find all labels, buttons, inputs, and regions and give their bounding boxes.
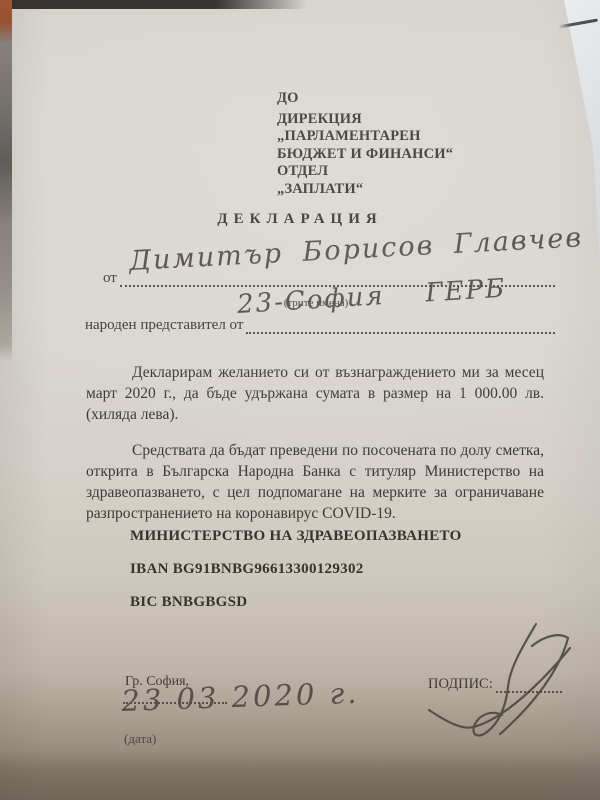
body-text: Декларирам желанието си от възнаграждени…: [86, 362, 544, 524]
photographed-declaration-document: ДО ДИРЕКЦИЯ „ПАРЛАМЕНТАРЕН БЮДЖЕТ И ФИНА…: [0, 0, 600, 800]
bank-iban: IBAN BG91BNBG96613300129302: [130, 561, 462, 578]
date-dotted-line: [123, 700, 227, 704]
bank-bic: BIC BNBGBGSD: [130, 594, 462, 611]
paragraph-declaration: Декларирам желанието си от възнаграждени…: [86, 362, 544, 425]
date-field-row: [123, 700, 227, 704]
signature-scribble: [420, 612, 595, 757]
representative-dotted-line: [246, 330, 555, 334]
recipient-line-1: ДИРЕКЦИЯ „ПАРЛАМЕНТАРЕН: [277, 111, 507, 146]
representative-label: народен представител от: [85, 317, 246, 334]
from-label: от: [103, 270, 120, 287]
handwritten-date: 23 03 2020 г.: [121, 676, 360, 718]
representative-field-row: народен представител от: [85, 317, 555, 334]
date-caption: (дата): [124, 731, 156, 747]
handwritten-name: Димитър Борисов Главчев: [128, 222, 583, 277]
recipient-to: ДО: [277, 90, 507, 108]
recipient-block: ДО ДИРЕКЦИЯ „ПАРЛАМЕНТАРЕН БЮДЖЕТ И ФИНА…: [277, 90, 507, 198]
paragraph-transfer: Средствата да бъдат преведени по посочен…: [86, 440, 544, 524]
declaration-sheet: ДО ДИРЕКЦИЯ „ПАРЛАМЕНТАРЕН БЮДЖЕТ И ФИНА…: [0, 0, 600, 800]
recipient-line-2: БЮДЖЕТ И ФИНАНСИ“ ОТДЕЛ: [277, 146, 507, 181]
recipient-line-3: „ЗАПЛАТИ“: [277, 181, 507, 199]
bank-details-block: МИНИСТЕРСТВО НА ЗДРАВЕОПАЗВАНЕТО IBAN BG…: [130, 528, 462, 627]
bank-beneficiary: МИНИСТЕРСТВО НА ЗДРАВЕОПАЗВАНЕТО: [130, 528, 462, 545]
